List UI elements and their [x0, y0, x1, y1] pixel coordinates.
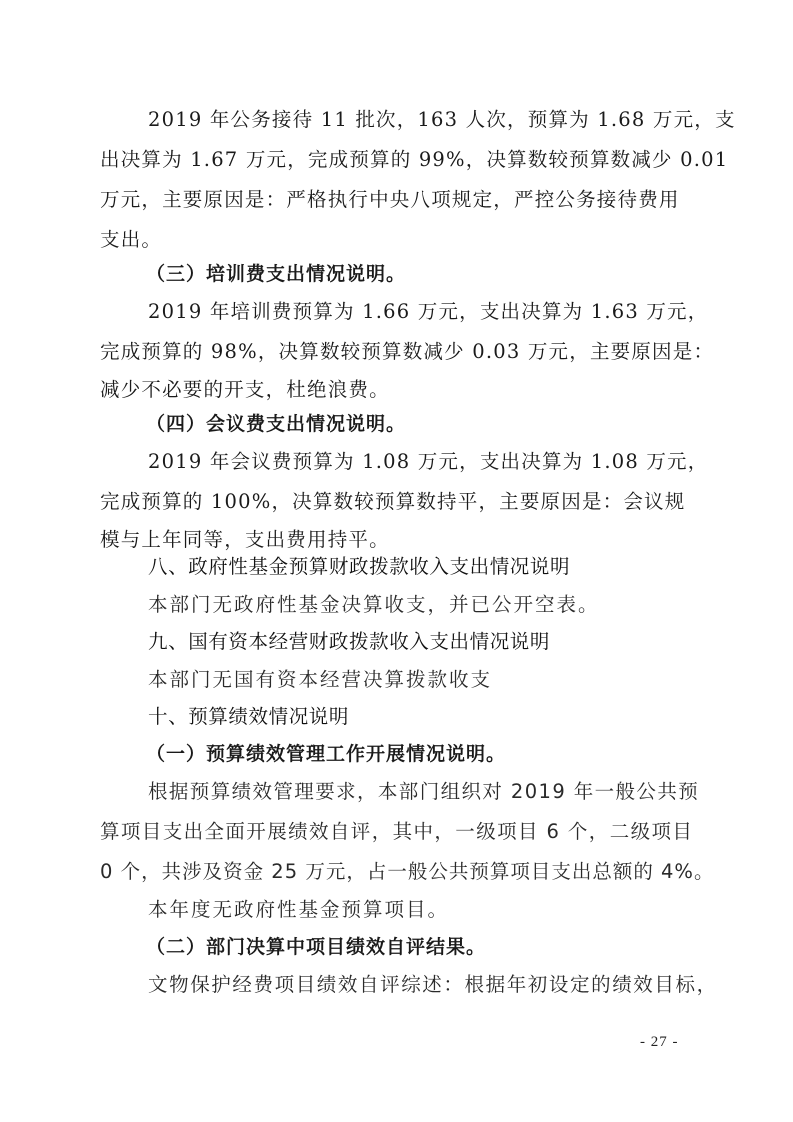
- subsection-heading-training: （三）培训费支出情况说明。: [146, 262, 766, 286]
- body-text-line: 本部门无政府性基金决算收支，并已公开空表。: [148, 593, 768, 617]
- body-text-line: 减少不必要的开支，杜绝浪费。: [100, 378, 720, 402]
- subsection-heading-performance-management: （一）预算绩效管理工作开展情况说明。: [146, 742, 766, 766]
- body-text-line: 出决算为 1.67 万元，完成预算的 99%，决算数较预算数减少 0.01: [100, 148, 720, 172]
- body-text-line: 根据预算绩效管理要求，本部门组织对 2019 年一般公共预: [148, 780, 768, 804]
- body-text-line: 算项目支出全面开展绩效自评，其中，一级项目 6 个，二级项目: [100, 820, 720, 844]
- section-heading-8: 八、政府性基金预算财政拨款收入支出情况说明: [148, 555, 768, 579]
- subsection-heading-meetings: （四）会议费支出情况说明。: [146, 412, 766, 436]
- body-text-line: 完成预算的 98%，决算数较预算数减少 0.03 万元，主要原因是：: [100, 340, 720, 364]
- body-text-line: 本年度无政府性基金预算项目。: [148, 898, 768, 922]
- body-text-line: 支出。: [100, 228, 720, 252]
- body-text-line: 0 个，共涉及资金 25 万元，占一般公共预算项目支出总额的 4%。: [100, 860, 720, 884]
- body-text-line: 2019 年公务接待 11 批次，163 人次，预算为 1.68 万元，支: [148, 108, 768, 132]
- body-text-line: 万元，主要原因是：严格执行中央八项规定，严控公务接待费用: [100, 188, 720, 212]
- subsection-heading-self-evaluation: （二）部门决算中项目绩效自评结果。: [146, 935, 766, 959]
- page-number: - 27 -: [640, 1034, 679, 1051]
- body-text-line: 完成预算的 100%，决算数较预算数持平，主要原因是：会议规: [100, 490, 720, 514]
- document-page: 2019 年公务接待 11 批次，163 人次，预算为 1.68 万元，支 出决…: [0, 0, 793, 1122]
- section-heading-9: 九、国有资本经营财政拨款收入支出情况说明: [148, 630, 768, 654]
- body-text-line: 本部门无国有资本经营决算拨款收支: [148, 668, 768, 692]
- body-text-line: 2019 年培训费预算为 1.66 万元，支出决算为 1.63 万元，: [148, 300, 768, 324]
- section-heading-10: 十、预算绩效情况说明: [148, 705, 768, 729]
- body-text-line: 2019 年会议费预算为 1.08 万元，支出决算为 1.08 万元，: [148, 450, 768, 474]
- body-text-line: 文物保护经费项目绩效自评综述：根据年初设定的绩效目标，: [148, 973, 768, 997]
- body-text-line: 模与上年同等，支出费用持平。: [100, 528, 720, 552]
